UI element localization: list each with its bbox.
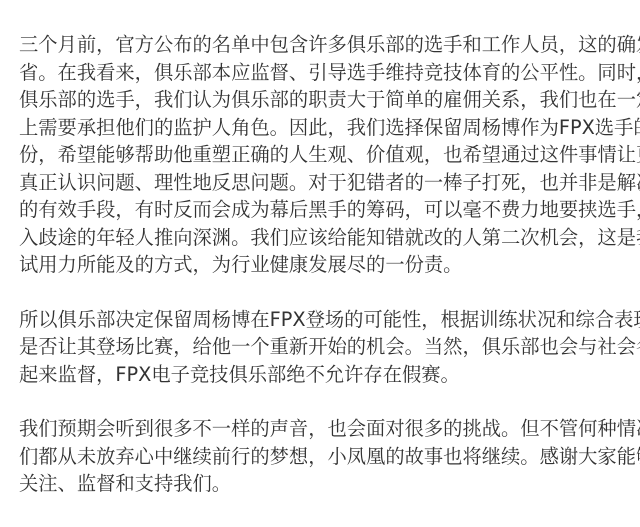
paragraph-3: 我们预期会听到很多不一样的声音，也会面对很多的挑战。但不管何种情况，我 们都从未…	[19, 415, 629, 498]
text-line: 试用力所能及的方式，为行业健康发展尽的一份责。	[19, 251, 629, 279]
text-line: 我们预期会听到很多不一样的声音，也会面对很多的挑战。但不管何种情况，我	[19, 415, 629, 443]
text-line: 起来监督，FPX电子竞技俱乐部绝不允许存在假赛。	[19, 361, 629, 389]
text-line: 真正认识问题、理性地反思问题。对于犯错者的一棒子打死，也并非是解决问题	[19, 169, 629, 197]
text-line: 入歧途的年轻人推向深渊。我们应该给能知错就改的人第二次机会，这是我们尝	[19, 224, 629, 252]
text-line: 关注、监督和支持我们。	[19, 470, 629, 498]
text-line: 三个月前，官方公布的名单中包含许多俱乐部的选手和工作人员，这的确发人深	[19, 31, 629, 59]
text-line: 们都从未放弃心中继续前行的梦想，小凤凰的故事也将继续。感谢大家能够继续	[19, 443, 629, 471]
paragraph-2: 所以俱乐部决定保留周杨博在FPX登场的可能性，根据训练状况和综合表现决定 是否让…	[19, 306, 629, 389]
text-line: 所以俱乐部决定保留周杨博在FPX登场的可能性，根据训练状况和综合表现决定	[19, 306, 629, 334]
text-line: 上需要承担他们的监护人角色。因此，我们选择保留周杨博作为FPX选手的身	[19, 114, 629, 142]
text-line: 份，希望能够帮助他重塑正确的人生观、价值观，也希望通过这件事情让更多人	[19, 141, 629, 169]
text-line: 省。在我看来，俱乐部本应监督、引导选手维持竞技体育的公平性。同时，面对	[19, 59, 629, 87]
text-line: 是否让其登场比赛，给他一个重新开始的机会。当然，俱乐部也会与社会各界一	[19, 333, 629, 361]
paragraph-1: 三个月前，官方公布的名单中包含许多俱乐部的选手和工作人员，这的确发人深 省。在我…	[19, 31, 629, 279]
article-body: 三个月前，官方公布的名单中包含许多俱乐部的选手和工作人员，这的确发人深 省。在我…	[19, 31, 629, 525]
text-line: 俱乐部的选手，我们认为俱乐部的职责大于简单的雇佣关系，我们也在一定程度	[19, 86, 629, 114]
text-line: 的有效手段，有时反而会成为幕后黑手的筹码，可以毫不费力地要挟选手，将误	[19, 196, 629, 224]
